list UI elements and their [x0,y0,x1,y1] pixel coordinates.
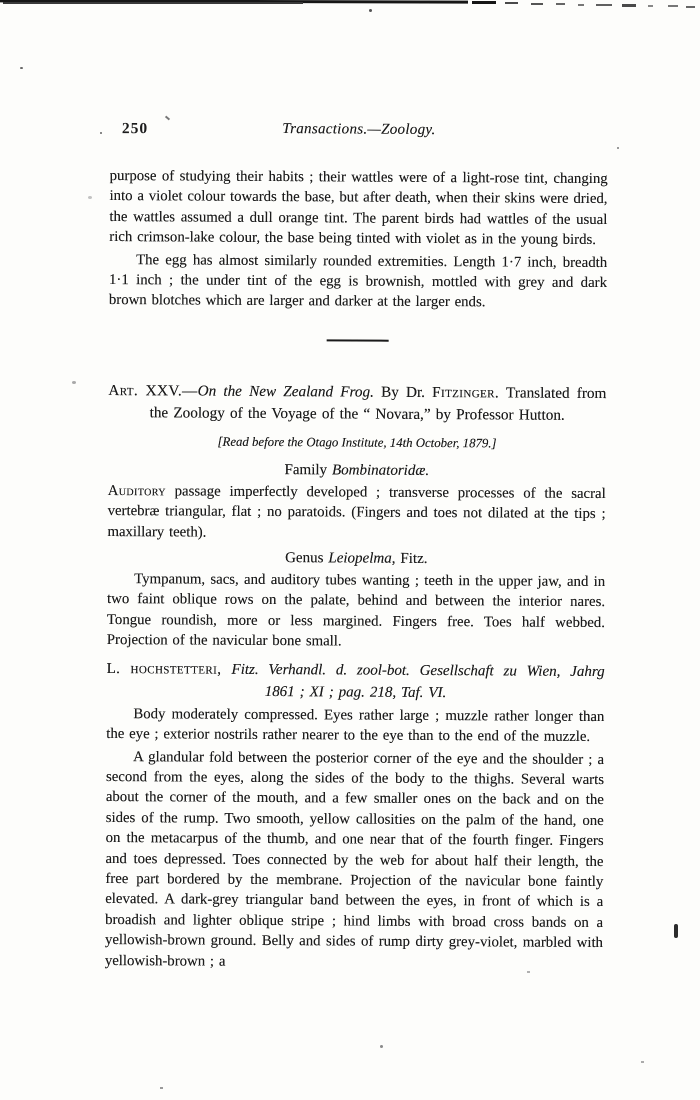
scan-edge-artifact [556,3,565,5]
family-description: Auditory passage imperfectly developed ;… [107,481,605,545]
scan-speck [88,196,92,199]
page-header: 250 Transactions.—Zoology. [110,120,608,143]
article-title-text: On the New Zealand Frog. [198,382,374,400]
scan-speck [72,381,76,384]
scan-speck [380,1045,383,1048]
section-divider-rule [327,339,389,341]
scan-edge-artifact [686,6,695,8]
scan-edge-artifact [472,1,496,4]
family-label: Family [285,462,333,478]
article-number: Art. XXV.— [108,382,197,400]
article-title: Art. XXV.—On the New Zealand Frog. By Dr… [108,380,606,427]
scanned-book-page: 250 Transactions.—Zoology. purpose of st… [0,0,700,1100]
running-head: Transactions.—Zoology. [110,120,608,140]
genus-label: Genus [285,550,328,566]
genus-authority: , Fitz. [392,551,428,567]
species-name: L. hochstetteri, [107,661,232,678]
scan-speck [617,147,619,149]
species-description-paragraph: A glandular fold between the posterior c… [105,746,604,974]
article-by-text: By Dr. [374,383,432,400]
scan-speck [369,9,372,12]
species-body-paragraph: Body moderately compressed. Eyes rather … [106,704,604,748]
family-description-lead: Auditory [108,483,166,499]
species-citation: Fitz. Verhandl. d. zool-bot. Gesellschaf… [232,661,605,700]
page-content: 250 Transactions.—Zoology. purpose of st… [105,120,608,974]
article-author: Fitzinger. [432,384,499,401]
scan-speck [641,1061,644,1063]
genus-description: Tympanum, sacs, and auditory tubes wanti… [107,569,605,654]
scan-speck [20,67,23,69]
species-heading: L. hochstetteri, Fitz. Verhandl. d. zool… [106,658,604,705]
paragraph-wattles: purpose of studying their habits ; their… [109,166,607,251]
scan-speck [160,1087,163,1089]
scan-edge-artifact [505,2,518,4]
presentation-note: [Read before the Otago Institute, 14th O… [108,433,606,453]
scan-edge-artifact [578,4,584,6]
scan-speck [100,132,102,134]
paragraph-egg: The egg has almost similarly rounded ext… [109,250,607,314]
scan-edge-artifact [668,5,678,7]
family-heading: Family Bombinatoridæ. [108,459,606,482]
genus-heading: Genus Leiopelma, Fitz. [107,547,605,570]
family-description-text: passage imperfectly developed ; transver… [107,483,605,540]
scan-edge-artifact [622,4,636,7]
scan-edge-artifact [648,5,653,7]
ink-blot [674,924,678,938]
scan-edge-artifact [3,2,303,4]
genus-name: Leiopelma [328,550,391,566]
scan-edge-artifact [531,3,543,5]
scan-edge-artifact [596,4,612,6]
page-number: 250 [122,120,148,138]
family-name: Bombinatoridæ. [332,462,429,479]
